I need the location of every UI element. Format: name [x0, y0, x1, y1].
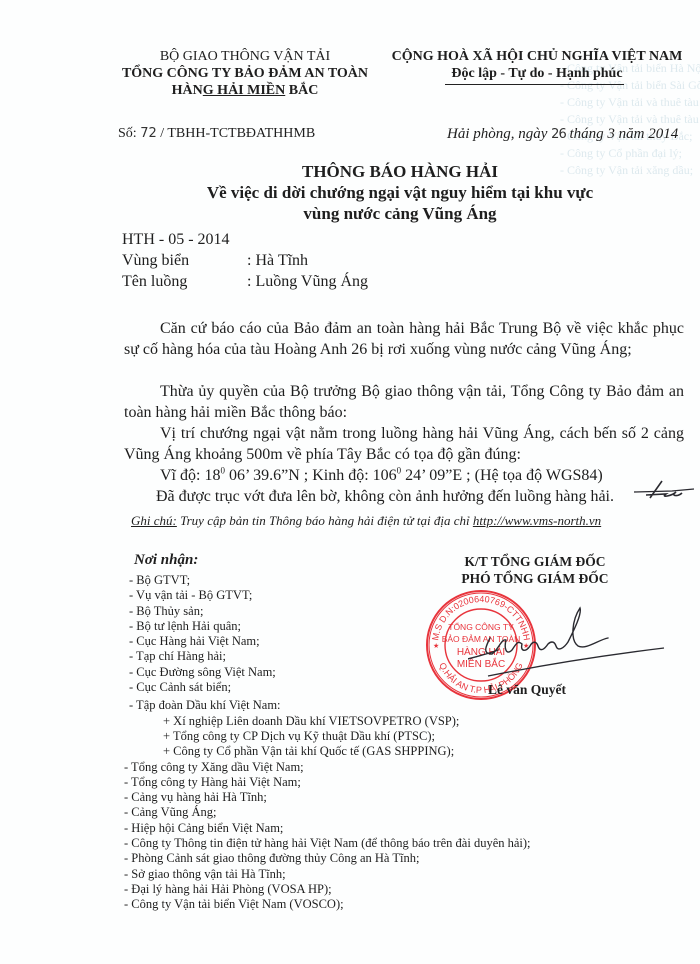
organization-name-line2: HÀNG HẢI MIỀN BẮC	[110, 82, 380, 99]
reference-handwritten-number: 72	[140, 126, 157, 141]
reference-prefix: Số:	[118, 126, 140, 141]
nation-name: CỘNG HOÀ XÃ HỘI CHỦ NGHĨA VIỆT NAM	[382, 48, 692, 65]
website-link[interactable]: http://www.vms-north.vn	[473, 513, 601, 528]
signature-title-line1: K/T TỔNG GIÁM ĐỐC	[440, 553, 630, 570]
body-paragraph-location: Vị trí chướng ngại vật nằm trong luồng h…	[124, 423, 684, 465]
signature-title: K/T TỔNG GIÁM ĐỐC PHÓ TỔNG GIÁM ĐỐC	[440, 553, 630, 587]
meta-row-sea-area: Vùng biển : Hà Tĩnh	[122, 252, 189, 270]
recipient-sub-item: + Tổng công ty CP Dịch vụ Kỹ thuật Dầu k…	[129, 729, 531, 744]
longitude-degrees: 106	[373, 467, 397, 484]
recipient-item: - Tổng công ty Hàng hải Việt Nam;	[124, 775, 531, 790]
recipient-item: - Đại lý hàng hải Hải Phòng (VOSA HP);	[124, 882, 531, 897]
body-paragraph-basis: Căn cứ báo cáo của Bảo đảm an toàn hàng …	[124, 318, 684, 360]
initials-signature-icon	[632, 478, 696, 504]
recipient-sub-item: + Công ty Cổ phần Vận tải khí Quốc tế (G…	[129, 744, 531, 759]
signer-name: Lê văn Quyết	[488, 682, 566, 698]
document-page: - Công ty Vận tải biển Hà Nội; - Công ty…	[0, 0, 700, 964]
document-title: THÔNG BÁO HÀNG HẢI	[100, 161, 700, 182]
recipient-item: - Phòng Cảnh sát giao thông đường thủy C…	[124, 851, 531, 866]
org-line2-part-a: HÀN	[172, 83, 203, 98]
document-subtitle-line1: Về việc di dời chướng ngại vật nguy hiểm…	[100, 182, 700, 203]
meta-value: : Hà Tĩnh	[247, 252, 308, 270]
footnote-text: Truy cập bản tin Thông báo hàng hải điện…	[177, 513, 473, 528]
signature-title-line2: PHÓ TỔNG GIÁM ĐỐC	[440, 570, 630, 587]
recipients-title: Nơi nhận:	[134, 552, 198, 569]
recipient-sub-item: + Xí nghiệp Liên doanh Dầu khí VIETSOVPE…	[129, 714, 531, 729]
date-suffix: tháng 3 năm 2014	[566, 126, 679, 142]
date-prefix: Hải phòng, ngày	[447, 126, 551, 142]
body-paragraph-status: Đã được trục vớt đưa lên bờ, không còn ả…	[156, 488, 614, 506]
motto-underline	[445, 84, 624, 85]
meta-row-channel: Tên luồng : Luồng Vũng Áng	[122, 273, 187, 291]
body-paragraph-authorization: Thừa ủy quyền của Bộ trưởng Bộ giao thôn…	[124, 381, 684, 423]
meta-value: : Luồng Vũng Áng	[247, 273, 368, 291]
recipient-item: - Cảng vụ hàng hải Hà Tĩnh;	[124, 790, 531, 805]
latitude-degrees: 18	[204, 467, 220, 484]
document-subtitle-line2: vùng nước cảng Vũng Áng	[100, 203, 700, 224]
reference-number: Số: 72 / TBHH-TCTBĐATHHMB	[118, 126, 315, 142]
recipient-item: - Công ty Vận tải biển Việt Nam (VOSCO);	[124, 897, 531, 912]
recipient-item: - Cảng Vũng Áng;	[124, 805, 531, 820]
meta-label: Tên luồng	[122, 273, 187, 290]
handwritten-signature-icon	[468, 600, 668, 680]
national-motto: Độc lập - Tự do - Hạnh phúc	[382, 65, 692, 82]
latitude-label: Vĩ độ:	[160, 467, 204, 484]
org-line2-part-c: BẮC	[285, 83, 318, 98]
org-line2-part-b: G HẢI MIỀN	[203, 83, 285, 98]
issue-date: Hải phòng, ngày 26 tháng 3 năm 2014	[447, 126, 678, 143]
longitude-rest: 24’ 09”E ; (Hệ tọa độ WGS84)	[401, 467, 603, 484]
recipient-item: - Sở giao thông vận tải Hà Tĩnh;	[124, 867, 531, 882]
coordinates-line: Vĩ độ: 180 06’ 39.6”N ; Kinh độ: 1060 24…	[160, 467, 603, 485]
ministry-name: BỘ GIAO THÔNG VẬN TẢI	[110, 48, 380, 65]
recipient-item: - Tổng công ty Xăng dầu Việt Nam;	[124, 760, 531, 775]
footnote-label: Ghi chú:	[131, 513, 177, 528]
footnote: Ghi chú: Truy cập bản tin Thông báo hàng…	[131, 513, 601, 529]
recipient-item: - Công ty Thông tin điện tử hàng hải Việ…	[124, 836, 531, 851]
svg-text:★: ★	[433, 642, 439, 650]
longitude-label: Kinh độ:	[312, 467, 372, 484]
meta-label: Vùng biển	[122, 252, 189, 269]
recipient-item: - Hiệp hội Cảng biển Việt Nam;	[124, 821, 531, 836]
national-header: CỘNG HOÀ XÃ HỘI CHỦ NGHĨA VIỆT NAM Độc l…	[382, 48, 692, 82]
notice-code: HTH - 05 - 2014	[122, 231, 230, 249]
issuer-header: BỘ GIAO THÔNG VẬN TẢI TỔNG CÔNG TY BẢO Đ…	[110, 48, 380, 99]
date-handwritten-day: 26	[551, 127, 566, 142]
organization-name-line1: TỔNG CÔNG TY BẢO ĐẢM AN TOÀN	[110, 65, 380, 82]
reference-code: / TBHH-TCTBĐATHHMB	[157, 126, 315, 141]
latitude-rest: 06’ 39.6”N ;	[225, 467, 312, 484]
